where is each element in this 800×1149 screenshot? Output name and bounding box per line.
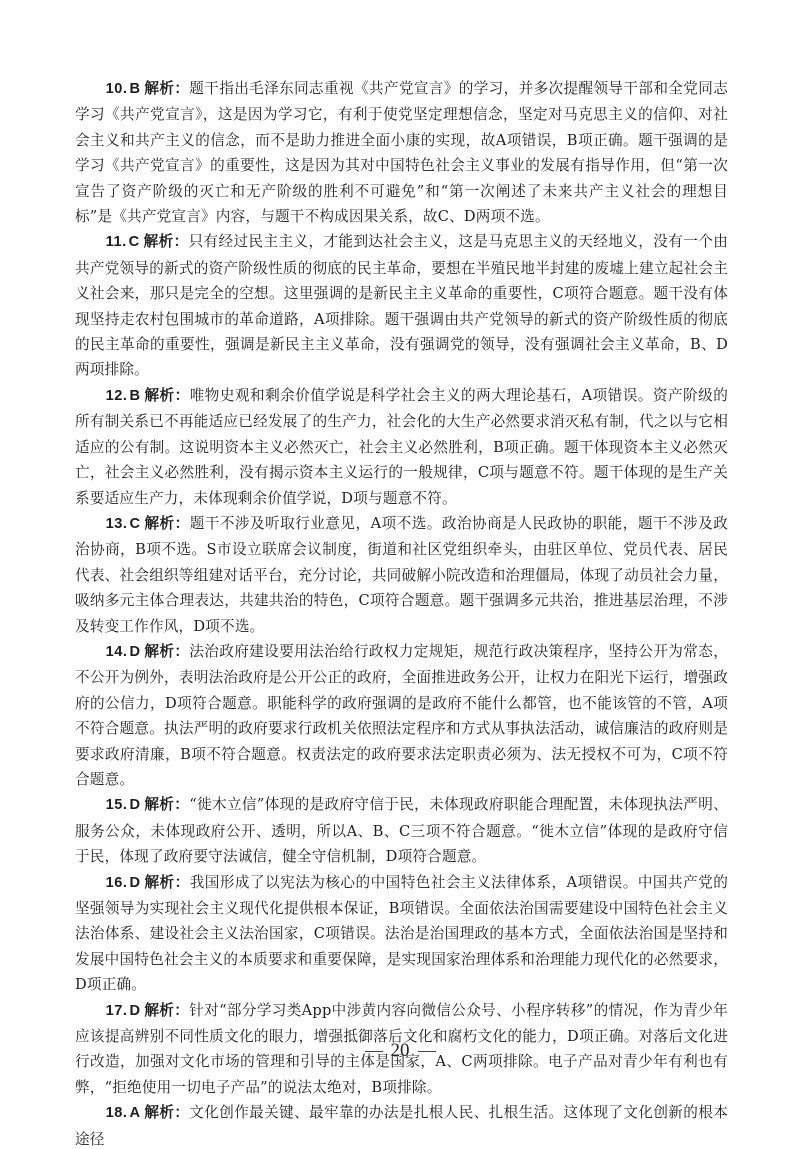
analysis-label: 解析： [144, 874, 190, 891]
right-dash [418, 1051, 436, 1052]
left-dash [365, 1051, 383, 1052]
explanation-item-14: 14.D解析：法治政府建设要用法治给行政权力定规矩，规范行政决策程序，坚持公开为… [75, 639, 728, 792]
page-number: 20 [391, 1040, 410, 1061]
question-number: 10. [106, 81, 128, 97]
analysis-label: 解析： [144, 387, 190, 404]
answer-letter: D [129, 1003, 140, 1019]
answer-letter: C [129, 234, 140, 250]
question-number: 15. [106, 797, 128, 813]
page-footer: 20 [0, 1040, 800, 1062]
explanation-text: 只有经过民主主义，才能到达社会主义，这是马克思主义的天经地义，没有一个由共产党领… [75, 233, 728, 378]
explanation-item-13: 13.C解析：题干不涉及听取行业意见，A项不选。政治协商是人民政协的职能，题干不… [75, 511, 728, 639]
analysis-label: 解析： [144, 643, 189, 660]
explanation-text: 唯物史观和剩余价值学说是科学社会主义的两大理论基石，A项错误。资产阶级的所有制关… [75, 387, 728, 507]
question-number: 13. [106, 516, 128, 532]
explanation-item-15: 15.D解析：“徙木立信”体现的是政府守信于民，未体现政府职能合理配置，未体现执… [75, 792, 728, 869]
answer-letter: D [129, 875, 140, 891]
answer-letter: D [129, 644, 140, 660]
explanation-text: 我国形成了以宪法为核心的中国特色社会主义法律体系，A项错误。中国共产党的坚强领导… [75, 874, 728, 994]
explanation-item-16: 16.D解析：我国形成了以宪法为核心的中国特色社会主义法律体系，A项错误。中国共… [75, 870, 728, 998]
explanation-item-12: 12.B解析：唯物史观和剩余价值学说是科学社会主义的两大理论基石，A项错误。资产… [75, 383, 728, 511]
question-number: 16. [106, 875, 128, 891]
explanation-item-10: 10.B解析：题干指出毛泽东同志重视《共产党宣言》的学习，并多次提醒领导干部和全… [75, 76, 728, 229]
answer-explanations: 10.B解析：题干指出毛泽东同志重视《共产党宣言》的学习，并多次提醒领导干部和全… [75, 76, 728, 1149]
explanation-text: 题干指出毛泽东同志重视《共产党宣言》的学习，并多次提醒领导干部和全党同志学习《共… [75, 80, 728, 225]
analysis-label: 解析： [144, 80, 189, 97]
explanation-item-11: 11.C解析：只有经过民主主义，才能到达社会主义，这是马克思主义的天经地义，没有… [75, 229, 728, 382]
analysis-label: 解析： [144, 796, 189, 813]
question-number: 14. [106, 644, 128, 660]
answer-letter: B [129, 81, 140, 97]
analysis-label: 解析： [143, 233, 188, 250]
explanation-text: 题干不涉及听取行业意见，A项不选。政治协商是人民政协的职能，题干不涉及政治协商，… [75, 515, 728, 635]
analysis-label: 解析： [144, 515, 190, 532]
answer-letter: B [129, 388, 140, 404]
question-number: 17. [106, 1003, 128, 1019]
question-number: 12. [106, 388, 128, 404]
answer-letter: C [129, 516, 140, 532]
explanation-item-18: 18.A解析：文化创作最关键、最牢靠的办法是扎根人民、扎根生活。这体现了文化创新… [75, 1100, 728, 1149]
question-number: 18. [106, 1105, 128, 1121]
analysis-label: 解析： [144, 1104, 189, 1121]
answer-letter: D [129, 797, 140, 813]
question-number: 11. [106, 234, 127, 250]
answer-letter: A [129, 1105, 140, 1121]
explanation-text: 法治政府建设要用法治给行政权力定规矩，规范行政决策程序，坚持公开为常态，不公开为… [75, 643, 728, 788]
analysis-label: 解析： [144, 1002, 189, 1019]
